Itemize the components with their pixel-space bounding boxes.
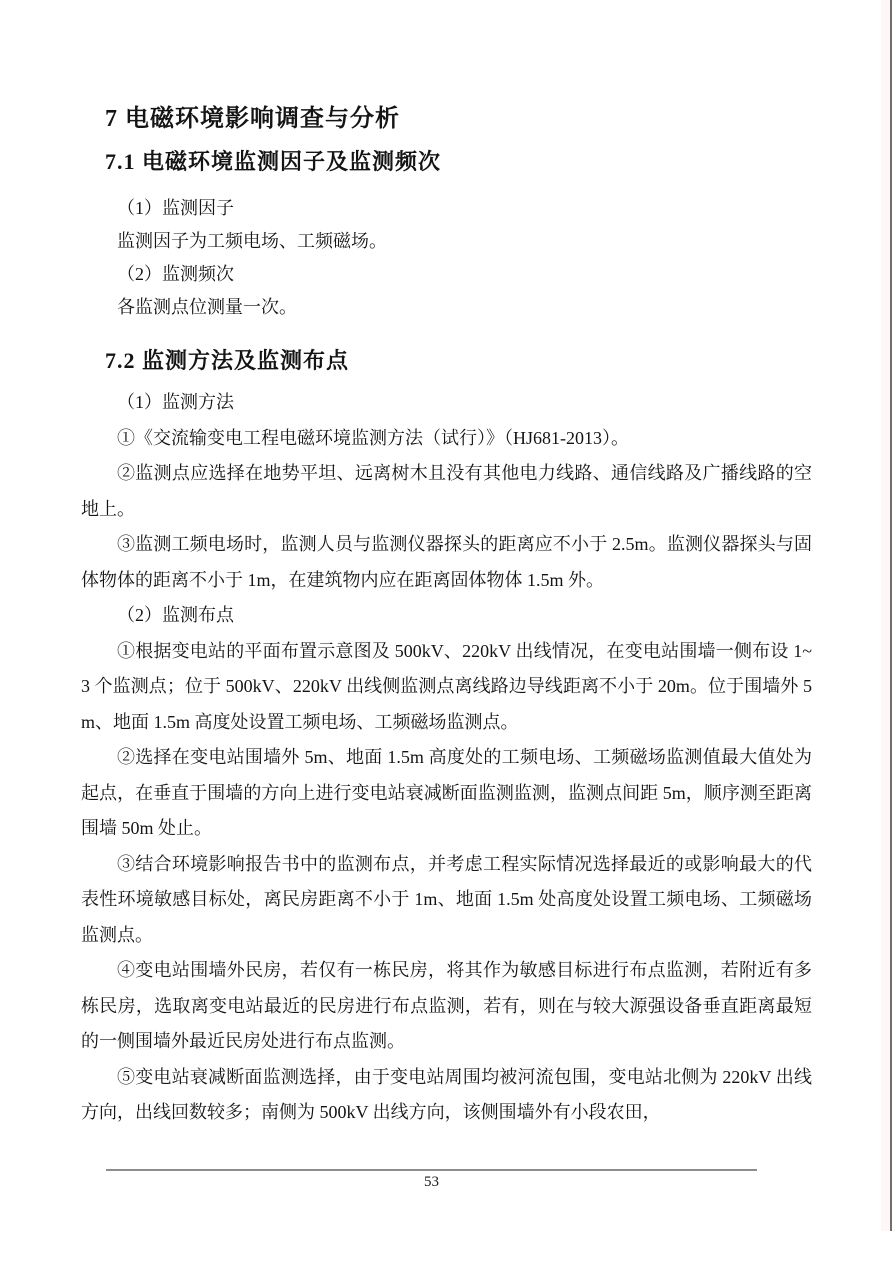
- page-content: 7 电磁环境影响调查与分析 7.1 电磁环境监测因子及监测频次 （1）监测因子 …: [81, 101, 812, 1131]
- chapter-heading: 7 电磁环境影响调查与分析: [81, 101, 812, 137]
- section-heading-7-1: 7.1 电磁环境监测因子及监测频次: [81, 145, 812, 179]
- section-7-2-body: （1）监测方法 ①《交流输变电工程电磁环境监测方法（试行）》（HJ681-201…: [81, 385, 812, 1131]
- section-7-1-body: （1）监测因子 监测因子为工频电场、工频磁场。 （2）监测频次 各监测点位测量一…: [81, 192, 812, 324]
- paragraph: （1）监测因子: [81, 192, 812, 225]
- paragraph: ④变电站围墙外民房，若仅有一栋民房，将其作为敏感目标进行布点监测，若附近有多栋民…: [81, 953, 812, 1060]
- paragraph: （2）监测频次: [81, 258, 812, 291]
- page-number: 53: [424, 1174, 439, 1191]
- paragraph: （1）监测方法: [81, 385, 812, 421]
- page-footer: 53: [106, 1169, 757, 1191]
- paragraph: 监测因子为工频电场、工频磁场。: [81, 225, 812, 258]
- paragraph: ①《交流输变电工程电磁环境监测方法（试行）》（HJ681-2013）。: [81, 421, 812, 457]
- scan-edge-tint: [881, 0, 890, 1231]
- paragraph: ③结合环境影响报告书中的监测布点，并考虑工程实际情况选择最近的或影响最大的代表性…: [81, 847, 812, 954]
- section-heading-7-2: 7.2 监测方法及监测布点: [81, 344, 812, 378]
- paragraph: ②监测点应选择在地势平坦、远离树木且没有其他电力线路、通信线路及广播线路的空地上…: [81, 456, 812, 527]
- paragraph: （2）监测布点: [81, 598, 812, 634]
- paragraph: 各监测点位测量一次。: [81, 291, 812, 324]
- paragraph: ①根据变电站的平面布置示意图及 500kV、220kV 出线情况，在变电站围墙一…: [81, 634, 812, 741]
- paragraph: ②选择在变电站围墙外 5m、地面 1.5m 高度处的工频电场、工频磁场监测值最大…: [81, 740, 812, 847]
- paragraph: ⑤变电站衰减断面监测选择，由于变电站周围均被河流包围，变电站北侧为 220kV …: [81, 1060, 812, 1131]
- paragraph: ③监测工频电场时，监测人员与监测仪器探头的距离应不小于 2.5m。监测仪器探头与…: [81, 527, 812, 598]
- page-right-border: [890, 0, 892, 1231]
- document-page: 7 电磁环境影响调查与分析 7.1 电磁环境监测因子及监测频次 （1）监测因子 …: [0, 0, 893, 1263]
